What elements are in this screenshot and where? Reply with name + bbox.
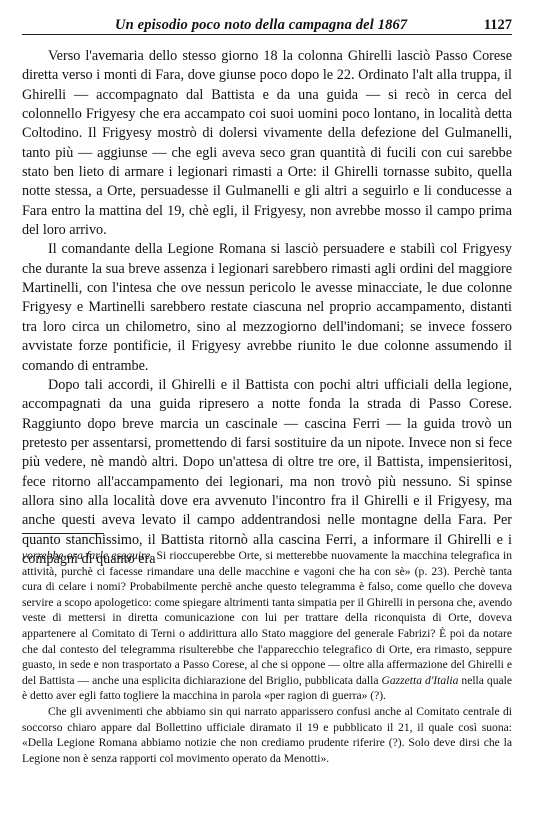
- running-title: Un episodio poco noto della campagna del…: [115, 17, 407, 34]
- running-head: Un episodio poco noto della campagna del…: [22, 17, 512, 35]
- body-text: Verso l'avemaria dello stesso giorno 18 …: [22, 47, 512, 569]
- footnote-text: Si rioccuperebbe Orte, si metterebbe nuo…: [22, 549, 512, 687]
- footnote-source-title: Gazzetta d'Italia: [381, 674, 458, 687]
- paragraph: Il comandante della Legione Romana si la…: [22, 240, 512, 375]
- page-number: 1127: [484, 17, 512, 34]
- header-rule: [22, 34, 512, 35]
- footnote: Che gli avvenimenti che abbiamo sin qui …: [22, 704, 512, 766]
- footnote-rule: [22, 533, 104, 534]
- paragraph: Verso l'avemaria dello stesso giorno 18 …: [22, 47, 512, 240]
- paragraph: Dopo tali accordi, il Ghirelli e il Batt…: [22, 376, 512, 569]
- footnote-italic-lead: vorrebbe ora farle eseguire.: [22, 549, 153, 562]
- footnotes: vorrebbe ora farle eseguire. Si rioccupe…: [22, 548, 512, 766]
- footnote-continued: vorrebbe ora farle eseguire. Si rioccupe…: [22, 548, 512, 704]
